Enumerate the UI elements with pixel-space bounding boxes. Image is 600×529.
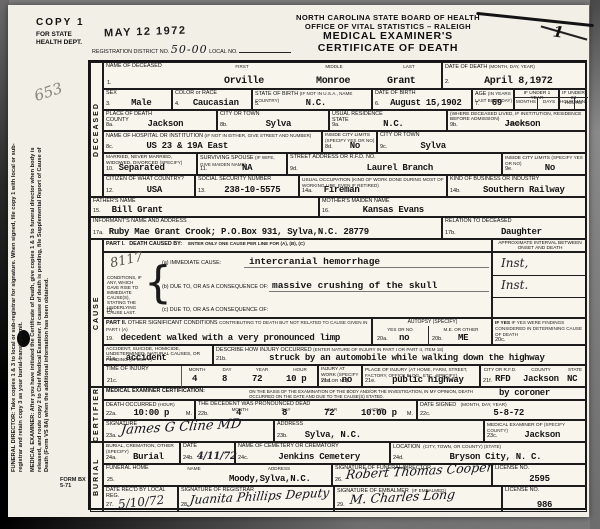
field-value: No xyxy=(545,163,555,173)
field-number: 5. xyxy=(255,101,260,107)
field-value: US 23 & 19A East xyxy=(146,141,228,151)
field-label: CITY OR TOWN xyxy=(220,112,327,118)
field-autopsy: AUTOPSY (SPECIFY) YES OR NO M.E. OR OTHE… xyxy=(372,318,492,345)
injury-state-value: NC xyxy=(567,374,577,384)
subcol-first: FIRST xyxy=(222,64,262,69)
field-label: NAME OF DECEASED xyxy=(106,64,166,70)
meridiem-label: M. xyxy=(186,411,192,417)
field-value: N.C. xyxy=(383,119,403,129)
field-number: 19. xyxy=(106,336,114,342)
field-label: DATE OF BIRTH xyxy=(375,91,470,97)
field-number: 14a. xyxy=(302,188,313,194)
field-number: 2. xyxy=(445,79,450,85)
field-value: Burial xyxy=(133,452,164,462)
field-cemetery-name: NAME OF CEMETERY OR CREMATORY 24c.Jenkin… xyxy=(235,442,390,464)
subcol-days: DAYS xyxy=(538,99,560,104)
field-value: Daughter xyxy=(501,227,542,237)
middle-name-value: Monroe xyxy=(316,76,350,87)
cause-of-death-block: 8117 CONDITIONS, IF ANY, WHICH GAVE RISE… xyxy=(103,252,492,318)
section-burial: BURIAL xyxy=(90,442,103,512)
field-place-of-injury: PLACE OF INJURY (AT HOME, FARM, STREET, … xyxy=(362,365,480,387)
form-number-revision: 5-71 xyxy=(60,483,86,489)
form-title-line2: CERTIFICATE OF DEATH xyxy=(253,43,523,55)
field-value: Jackson xyxy=(524,430,560,440)
field-number: 21a. xyxy=(106,356,117,362)
field-value: decedent walked with a very pronounced l… xyxy=(121,333,340,343)
field-label: IF YES IF YES WERE FINDINGS CONSIDERED I… xyxy=(495,320,585,339)
field-date-signed: DATE SIGNED (MONTH, DAY, YEAR) 22c.5-8-7… xyxy=(417,400,587,420)
field-number: 4. xyxy=(175,101,180,107)
field-label: INFORMANT'S NAME AND ADDRESS xyxy=(93,219,440,225)
field-value: Kansas Evans xyxy=(363,205,424,215)
field-number: 25. xyxy=(107,477,115,483)
field-value: Separated xyxy=(119,163,165,173)
field-value: Sylva xyxy=(266,119,292,129)
field-number: 16. xyxy=(322,208,330,214)
field-label: CITY OR TOWN xyxy=(380,133,585,139)
field-label: SOCIAL SECURITY NUMBER xyxy=(198,177,297,183)
autopsy-yes-no-label: YES OR NO xyxy=(375,327,425,332)
subcol-year: YEAR xyxy=(242,367,282,372)
interval-a-value: Inst, xyxy=(501,256,528,270)
field-social-security-number: SOCIAL SECURITY NUMBER 13.238-10-5575 xyxy=(195,175,299,197)
subcol-name: NAME xyxy=(174,466,214,471)
cause-a-value: intercranial hemorrhage xyxy=(249,256,380,267)
field-value: Ruby Mae Grant Crook; P.O.Box 931, Sylva… xyxy=(109,227,369,237)
field-label: RELATION TO DECEASED xyxy=(445,219,585,225)
part1-header: PART I. DEATH CAUSED BY: ENTER ONLY ONE … xyxy=(103,239,492,252)
field-value: USA xyxy=(147,185,162,195)
autopsy-header: AUTOPSY (SPECIFY) xyxy=(375,320,490,326)
field-number: 11. xyxy=(200,166,207,172)
subcol-middle: MIDDLE xyxy=(314,64,354,69)
form-title-line1: MEDICAL EXAMINER'S xyxy=(253,31,523,43)
field-label: DATE xyxy=(183,444,233,450)
field-number: 21d. xyxy=(321,378,332,384)
field-if-under-24-hours: IF UNDER 24 HOURS HOURS MIN. xyxy=(559,89,587,110)
me-certification-statement: MEDICAL EXAMINER CERTIFICATION: ON THE B… xyxy=(103,387,587,400)
interval-column: Inst, Inst. xyxy=(492,252,587,318)
subcol-day: DAY xyxy=(212,367,242,372)
field-number: 22a. xyxy=(106,411,117,417)
field-age: AGE (IN YEARS LAST BIRTHDAY) 7.69 xyxy=(472,89,514,110)
field-number: 21c. xyxy=(107,378,117,384)
field-number: 27. xyxy=(106,502,114,508)
field-embalmer-signature: SIGNATURE OF EMBALMER (IF EMBALMED) 29. … xyxy=(334,486,502,512)
field-label: FATHER'S NAME xyxy=(93,199,317,205)
injury-county-value: Jackson xyxy=(523,374,559,384)
field-number: 21e. xyxy=(365,378,376,384)
field-value: Southern Railway xyxy=(483,185,565,195)
field-how-injury-occurred: DESCRIBE HOW INJURY OCCURRED (ENTER NATU… xyxy=(213,345,587,365)
interval-b: Inst. xyxy=(493,275,586,298)
part1-label: PART I. DEATH CAUSED BY: ENTER ONLY ONE … xyxy=(106,241,490,248)
field-value: Sylva, N.C. xyxy=(305,430,361,440)
field-number: 12. xyxy=(106,188,114,194)
first-name-value: Orville xyxy=(224,76,264,87)
cause-b-value: massive crushing of the skull xyxy=(272,280,437,291)
field-value: Jenkins Cemetery xyxy=(278,452,360,462)
field-funeral-director-signature: SIGNATURE OF FUNERAL DIRECTOR 26. Robert… xyxy=(332,464,492,486)
field-citizen-of: CITIZEN OF WHAT COUNTRY? 12.USA xyxy=(103,175,195,197)
subcol-city-rfd: CITY OR R.F.D. xyxy=(483,367,517,372)
field-date-of-death: DATE OF DEATH (MONTH, DAY, YEAR) 2.April… xyxy=(442,62,587,89)
field-value: April 8,1972 xyxy=(484,76,552,87)
field-number: 24a. xyxy=(106,455,117,461)
interval-a: Inst, xyxy=(493,253,586,276)
field-value: no xyxy=(342,375,352,385)
field-value: Jackson xyxy=(147,119,183,129)
field-business-or-industry: KIND OF BUSINESS OR INDUSTRY 14b.Souther… xyxy=(447,175,587,197)
field-value: Bill Grant xyxy=(112,205,163,215)
copy-number-label: COPY 1 xyxy=(36,17,96,28)
field-if-under-1-year: IF UNDER 1 YEAR MONTHS DAYS xyxy=(514,89,559,110)
field-value: 238-10-5575 xyxy=(224,185,280,195)
field-number: 9d. xyxy=(290,166,298,172)
form-header: NORTH CAROLINA STATE BOARD OF HEALTH OFF… xyxy=(253,14,523,54)
field-embalmer-license: LICENSE NO. 986 xyxy=(502,486,587,512)
field-number: 20b. xyxy=(432,336,443,342)
field-number: 21f. xyxy=(483,378,492,384)
funeral-director-instructions: FUNERAL DIRECTOR: Take copies 1 & 3 to l… xyxy=(11,132,25,472)
field-label: LOCATION (CITY, TOWN, OR COUNTY) (STATE) xyxy=(393,444,585,451)
field-inside-city-limits-residence: INSIDE CITY LIMITS (SPECIFY YES OR NO) 9… xyxy=(502,153,587,175)
field-registrar-signature: SIGNATURE OF REGISTRAR 28. Juanita Phill… xyxy=(178,486,334,512)
field-label: FUNERAL HOME xyxy=(106,466,166,472)
field-value: public highway xyxy=(392,375,463,385)
field-number: 17b. xyxy=(445,230,456,236)
copy-block: COPY 1 FOR STATE HEALTH DEPT. xyxy=(36,17,96,46)
interval-b-value: Inst. xyxy=(501,278,528,292)
field-number: 3. xyxy=(106,101,111,107)
handwritten-margin-number: 653 xyxy=(32,79,65,105)
field-label: KIND OF BUSINESS OR INDUSTRY xyxy=(450,177,585,183)
field-label: LICENSE NO. xyxy=(505,488,585,494)
field-me-signature: SIGNATURE 23a. James G Cline MD xyxy=(103,420,274,442)
field-label: PART II. OTHER SIGNIFICANT CONDITIONS CO… xyxy=(106,320,370,334)
field-value: struck by an automobile while walking do… xyxy=(269,353,544,363)
field-other-significant-conditions: PART II. OTHER SIGNIFICANT CONDITIONS CO… xyxy=(103,318,372,345)
autopsy-yes-no-value: no xyxy=(399,333,409,343)
field-number: 8c. xyxy=(106,144,113,150)
subcol-last: LAST xyxy=(389,64,429,69)
form-number: FORM BX 5-71 xyxy=(60,477,86,490)
field-date-of-birth: DATE OF BIRTH 6.August 15,1902 xyxy=(372,89,472,110)
field-funeral-home: FUNERAL HOME NAME ADDRESS 25. Moody,Sylv… xyxy=(103,464,332,486)
field-value: Male xyxy=(131,98,151,108)
field-number: 1. xyxy=(107,80,112,86)
field-relation-to-deceased: RELATION TO DECEASED 17b.Daughter xyxy=(442,217,587,239)
field-number: 29. xyxy=(337,502,345,508)
field-usual-occupation: USUAL OCCUPATION (KIND OF WORK DONE DURI… xyxy=(299,175,447,197)
field-value: 10:00 p xyxy=(133,408,169,418)
field-value: NA xyxy=(242,163,252,173)
field-number: 10. xyxy=(106,166,114,172)
local-number-label: LOCAL NO. xyxy=(209,49,238,55)
field-number: 9a. xyxy=(332,122,340,128)
injury-city-value: RFD xyxy=(495,374,510,384)
field-place-of-death-city: CITY OR TOWN 8b.Sylva xyxy=(217,110,329,131)
field-death-hour: DEATH OCCURRED (HOUR) 22a.10:00 pM. xyxy=(103,400,195,420)
field-findings-considered: IF YES IF YES WERE FINDINGS CONSIDERED I… xyxy=(492,318,587,345)
field-me-address: ADDRESS 23b.Sylva, N.C. xyxy=(274,420,484,442)
field-value: 5-8-72 xyxy=(493,408,524,418)
certificate-paper: COPY 1 FOR STATE HEALTH DEPT. MAY 12 197… xyxy=(8,5,589,517)
field-value: 2595 xyxy=(529,474,549,484)
field-number: 23b. xyxy=(277,433,288,439)
field-number: 15. xyxy=(93,208,101,214)
field-value: Fireman xyxy=(324,185,360,195)
field-inside-city-limits-death: INSIDE CITY LIMITS (SPECIFY YES OR NO) 8… xyxy=(322,131,377,153)
field-value: August 15,1902 xyxy=(390,98,461,108)
section-deceased: DECEASED xyxy=(90,62,103,197)
field-value: No xyxy=(350,141,360,151)
field-number: 24c. xyxy=(238,455,248,461)
field-residence-city: CITY OR TOWN 9c.Sylva xyxy=(377,131,587,153)
field-number: 8b. xyxy=(220,122,228,128)
field-name-of-deceased: NAME OF DECEASED FIRST MIDDLE LAST 1. Or… xyxy=(103,62,442,89)
subcol-hour: HOUR xyxy=(282,367,318,372)
field-state-of-birth: STATE OF BIRTH (IF NOT IN U.S.A., NAME C… xyxy=(252,89,372,110)
field-value: 986 xyxy=(537,500,552,510)
field-label: NAME OF HOSPITAL OR INSTITUTION (IF NOT … xyxy=(106,133,320,140)
copy-recipient-label: FOR STATE HEALTH DEPT. xyxy=(36,31,96,46)
injury-day-value: 8 xyxy=(222,374,227,384)
field-value: 69 xyxy=(492,98,502,108)
subcol-hours: HOURS xyxy=(560,99,574,104)
certificate-form: DECEASED NAME OF DECEASED FIRST MIDDLE L… xyxy=(88,60,587,510)
field-disposition: BURIAL, CREMATION, OTHER (SPECIFY) 24a.B… xyxy=(103,442,180,464)
cause-b-label: (b) DUE TO, OR AS A CONSEQUENCE OF: xyxy=(162,284,268,290)
field-number: 24d. xyxy=(393,455,404,461)
field-number: 22c. xyxy=(420,411,430,417)
field-mothers-maiden-name: MOTHER'S MAIDEN NAME 16.Kansas Evans xyxy=(319,197,587,217)
field-time-of-injury: TIME OF INJURY 21c. MONTH DAY YEAR HOUR … xyxy=(103,365,318,387)
field-number: 7. xyxy=(475,101,480,107)
injury-month-value: 4 xyxy=(192,374,197,384)
handwritten-code: 8117 xyxy=(109,250,144,272)
district-label: REGISTRATION DISTRICT NO. xyxy=(92,49,169,55)
field-value: Sylva xyxy=(420,141,446,151)
handwritten-corner-mark: 1 xyxy=(552,22,565,41)
field-color-or-race: COLOR or RACE 4.Caucasian xyxy=(172,89,252,110)
section-cause: CAUSE xyxy=(90,239,103,387)
field-injury-at-work: INJURY AT WORK (SPECIFY YES OR NO) 21d.n… xyxy=(318,365,362,387)
field-label: COLOR or RACE xyxy=(175,91,250,97)
interval-header: APPROXIMATE INTERVAL BETWEEN ONSET AND D… xyxy=(492,239,587,252)
received-date-stamp: MAY 12 1972 xyxy=(104,25,187,40)
field-label: SEX xyxy=(106,91,170,97)
medical-examiner-instructions: MEDICAL EXAMINER: After you have initiat… xyxy=(30,132,51,472)
autopsy-me-label: M.E. OR OTHER xyxy=(431,327,491,332)
field-date-received: DATE REC'D BY LOCAL REG. 27. 5/10/72 xyxy=(103,486,178,512)
field-number: 20a. xyxy=(377,336,388,342)
field-number: 20c. xyxy=(495,337,505,343)
field-number: 14b. xyxy=(450,188,461,194)
field-number: 8d. xyxy=(325,144,333,150)
pronounced-year-value: 72 xyxy=(324,408,334,418)
field-value: 4/11/72 xyxy=(197,451,237,462)
subcol-months: MONTHS xyxy=(515,99,537,104)
scan-edge-bottom xyxy=(0,516,600,529)
field-residence-state: USUAL RESIDENCESTATE 9a.N.C. xyxy=(329,110,447,131)
field-hospital-or-institution: NAME OF HOSPITAL OR INSTITUTION (IF NOT … xyxy=(103,131,322,153)
field-disposition-date: DATE 24b.4/11/72 xyxy=(180,442,235,464)
field-number: 9e. xyxy=(505,166,513,172)
subcol-month: MONTH xyxy=(182,367,212,372)
subcol-min: MIN. xyxy=(575,99,588,104)
field-label: ADDRESS xyxy=(277,422,482,428)
field-number: 28. xyxy=(181,502,189,508)
field-value: Laurel Branch xyxy=(367,163,433,173)
field-surviving-spouse: SURVIVING SPOUSE (IF WIFE, GIVE MAIDEN N… xyxy=(197,153,287,175)
subcol-address: ADDRESS xyxy=(254,466,304,471)
field-value: Caucasian xyxy=(193,98,239,108)
field-place-of-death-county: PLACE OF DEATHCOUNTY 8a.Jackson xyxy=(103,110,217,131)
field-number: 26. xyxy=(335,477,343,483)
field-injury-location: CITY OR R.F.D. COUNTY STATE 21f. RFD Jac… xyxy=(480,365,587,387)
pronounced-day-value: 8 xyxy=(282,408,287,418)
autopsy-me-value: ME xyxy=(458,333,468,343)
field-number: 23c. xyxy=(487,433,497,439)
field-number: 13. xyxy=(198,188,206,194)
field-medical-examiner-of: MEDICAL EXAMINER OF (SPECIFY COUNTY) 23c… xyxy=(484,420,587,442)
interval-c xyxy=(493,297,586,319)
district-number-value: 50-00 xyxy=(171,43,208,56)
injury-hour-value: 10 p xyxy=(286,374,306,384)
certification-label: MEDICAL EXAMINER CERTIFICATION: xyxy=(106,389,246,395)
field-manner-of-death: ACCIDENT, SUICIDE, HOMICIDE, UNDETERMINE… xyxy=(103,345,213,365)
cause-c-label: (c) DUE TO, OR AS A CONSEQUENCE OF: xyxy=(162,307,268,313)
scanned-death-certificate-page: { "margin": { "copy_label": "COPY 1", "c… xyxy=(0,0,600,529)
field-informant: INFORMANT'S NAME AND ADDRESS 17a.Ruby Ma… xyxy=(90,217,442,239)
field-number: 6. xyxy=(375,101,380,107)
scan-edge-right xyxy=(590,0,600,529)
field-label: CITIZEN OF WHAT COUNTRY? xyxy=(106,177,193,183)
field-number: 17a. xyxy=(93,230,104,236)
field-value: accident xyxy=(126,353,167,363)
field-number: 21b. xyxy=(216,356,227,362)
field-number: 9c. xyxy=(380,144,387,150)
last-name-value: Grant xyxy=(387,76,416,87)
field-label: STREET ADDRESS OR R.F.D. NO. xyxy=(290,155,500,161)
field-marital-status: MARRIED, NEVER MARRIED, WIDOWED, DIVORCE… xyxy=(103,153,197,175)
field-number: 18. xyxy=(106,308,114,314)
field-value: Jackson xyxy=(504,119,540,129)
field-fathers-name: FATHER'S NAME 15.Bill Grant xyxy=(90,197,319,217)
field-label: MOTHER'S MAIDEN NAME xyxy=(322,199,585,205)
cause-a-label: (a) IMMEDIATE CAUSE: xyxy=(162,260,221,266)
field-street-address: STREET ADDRESS OR R.F.D. NO. 9d.Laurel B… xyxy=(287,153,502,175)
injury-year-value: 72 xyxy=(252,374,262,384)
field-label: TIME OF INJURY xyxy=(106,367,176,373)
field-label: NAME OF CEMETERY OR CREMATORY xyxy=(238,444,388,450)
certification-handwritten-note: by coroner xyxy=(499,388,550,398)
margin-instructions: FUNERAL DIRECTOR: Take copies 1 & 3 to l… xyxy=(11,127,67,472)
field-label: LICENSE NO. xyxy=(495,466,585,472)
field-funeral-director-license: LICENSE NO. 2595 xyxy=(492,464,587,486)
field-value: N.C. xyxy=(306,98,326,108)
subcol-state: STATE xyxy=(563,367,587,372)
section-certifier: CERTIFIER xyxy=(90,387,103,442)
subcol-county: COUNTY xyxy=(521,367,561,372)
field-label: DATE OF DEATH (MONTH, DAY, YEAR) xyxy=(445,64,585,71)
field-value: Moody,Sylva,N.C. xyxy=(229,474,311,484)
field-number: 24b. xyxy=(183,455,194,461)
field-number: 23a. xyxy=(106,433,117,439)
field-number: 8a. xyxy=(106,122,114,128)
field-residence-county: (WHERE DECEASED LIVED, IF INSTITUTION, R… xyxy=(447,110,587,131)
certification-text: ON THE BASIS OF THE EXAMINATION OF THE B… xyxy=(249,389,489,399)
interval-label: APPROXIMATE INTERVAL BETWEEN ONSET AND D… xyxy=(495,241,585,251)
me-signature: James G Cline MD xyxy=(120,417,242,438)
pronounced-hour-value: 10:00 p xyxy=(361,408,397,418)
field-sex: SEX 3.Male xyxy=(103,89,172,110)
field-number: 9b. xyxy=(450,122,458,128)
field-number: 22b. xyxy=(198,411,209,417)
meridiem-label: M. xyxy=(407,411,413,417)
